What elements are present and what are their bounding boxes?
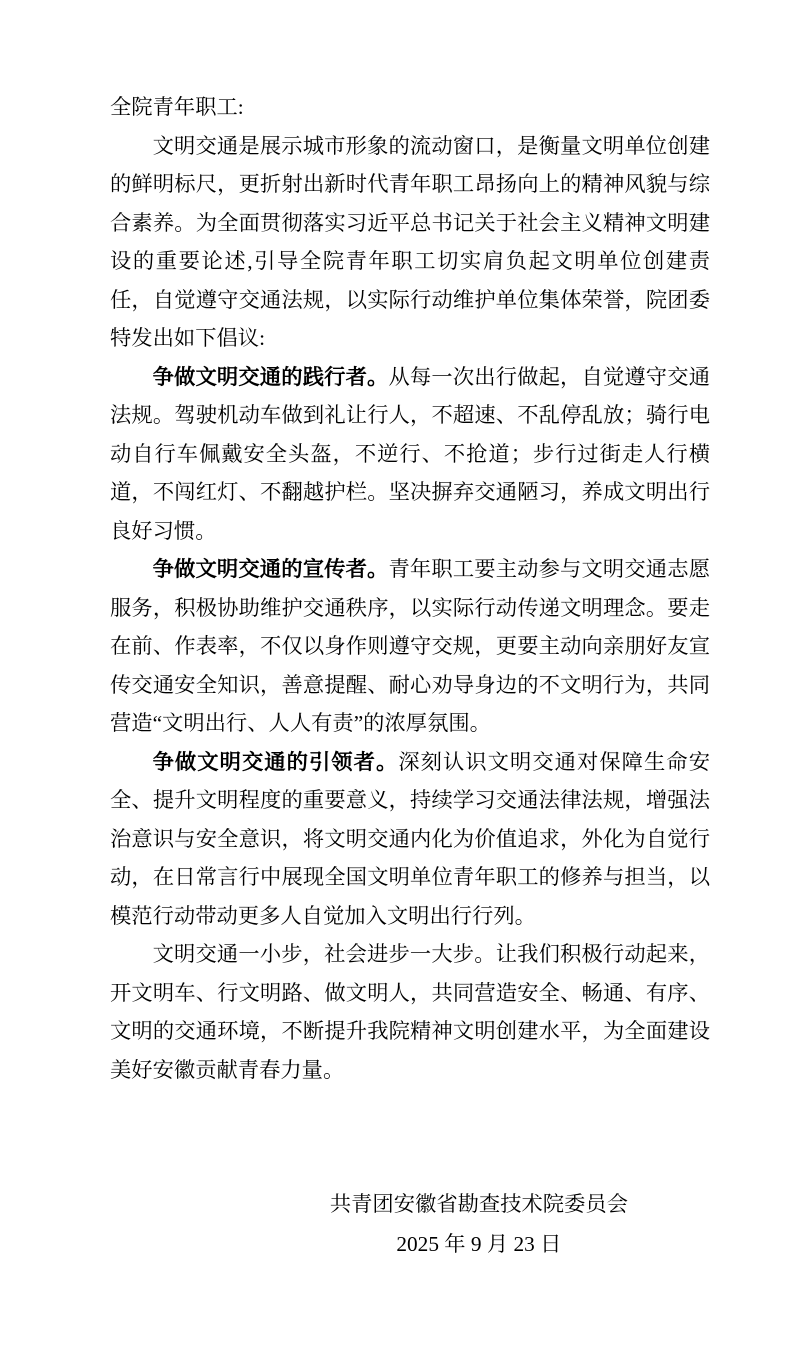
document-page: 全院青年职工: 文明交通是展示城市形象的流动窗口，是衡量文明单位创建的鲜明标尺，…: [0, 0, 800, 1354]
paragraph-text: 深刻认识文明交通对保障生命安全、提升文明程度的重要意义，持续学习交通法律法规，增…: [110, 750, 710, 928]
paragraph-lead-practitioner: 争做文明交通的践行者。: [153, 365, 389, 389]
paragraph-closing: 文明交通一小步，社会进步一大步。让我们积极行动起来，开文明车、行文明路、做文明人…: [110, 935, 710, 1089]
signature-date: 2025 年 9 月 23 日: [330, 1224, 628, 1264]
paragraph-text: 文明交通是展示城市形象的流动窗口，是衡量文明单位创建的鲜明标尺，更折射出新时代青…: [110, 134, 710, 351]
paragraph-practitioner: 争做文明交通的践行者。从每一次出行做起，自觉遵守交通法规。驾驶机动车做到礼让行人…: [110, 358, 710, 551]
signature-org: 共青团安徽省勘查技术院委员会: [330, 1184, 628, 1224]
document-content: 全院青年职工: 文明交通是展示城市形象的流动窗口，是衡量文明单位创建的鲜明标尺，…: [110, 88, 710, 1264]
salutation: 全院青年职工:: [110, 88, 710, 127]
paragraph-leader: 争做文明交通的引领者。深刻认识文明交通对保障生命安全、提升文明程度的重要意义，持…: [110, 743, 710, 936]
paragraph-lead-promoter: 争做文明交通的宣传者。: [153, 557, 389, 581]
paragraph-text: 青年职工要主动参与文明交通志愿服务，积极协助维护交通秩序，以实际行动传递文明理念…: [110, 557, 710, 735]
paragraph-promoter: 争做文明交通的宣传者。青年职工要主动参与文明交通志愿服务，积极协助维护交通秩序，…: [110, 550, 710, 743]
signature-block: 共青团安徽省勘查技术院委员会 2025 年 9 月 23 日: [110, 1184, 710, 1264]
paragraph-text: 文明交通一小步，社会进步一大步。让我们积极行动起来，开文明车、行文明路、做文明人…: [110, 942, 710, 1082]
paragraph-lead-leader: 争做文明交通的引领者。: [153, 750, 399, 774]
paragraph-intro: 文明交通是展示城市形象的流动窗口，是衡量文明单位创建的鲜明标尺，更折射出新时代青…: [110, 127, 710, 358]
signature-inner: 共青团安徽省勘查技术院委员会 2025 年 9 月 23 日: [330, 1184, 628, 1264]
paragraph-text: 从每一次出行做起，自觉遵守交通法规。驾驶机动车做到礼让行人，不超速、不乱停乱放；…: [110, 365, 710, 543]
